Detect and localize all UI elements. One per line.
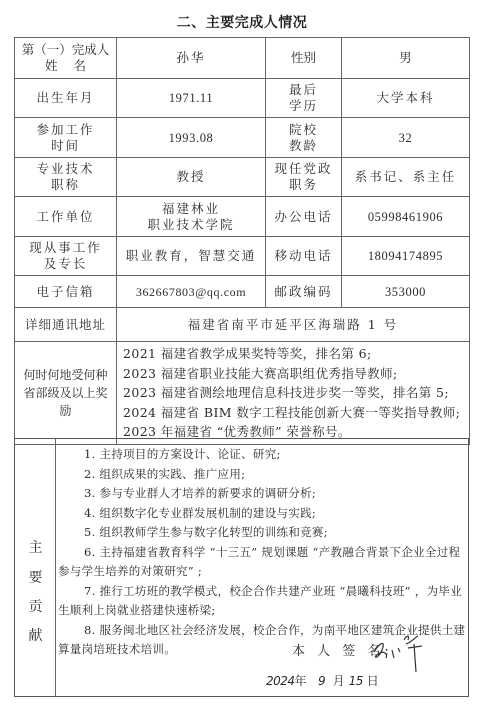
- row-name: 第（一）完成人 姓 名 孙华 性别 男: [15, 38, 470, 79]
- label-education: 最后 学历: [266, 79, 342, 118]
- value-birth: 1971.11: [117, 79, 266, 118]
- label-text: 现从事工作: [17, 240, 114, 256]
- award-item: 2023 福建省职业技能大赛高职组优秀指导教师;: [123, 364, 463, 384]
- label-office-phone: 办公电话: [266, 197, 342, 237]
- value-work-start: 1993.08: [117, 118, 266, 158]
- value-email: 362667803@qq.com: [117, 276, 266, 308]
- row-email: 电子信箱 362667803@qq.com 邮政编码 353000: [15, 276, 470, 308]
- handwritten-signature-icon: [370, 628, 430, 678]
- value-mobile-phone: 18094174895: [342, 237, 470, 276]
- date-day-unit: 日: [367, 674, 379, 688]
- label-email: 电子信箱: [15, 276, 117, 308]
- value-address: 福建省南平市延平区海瑞路 1 号: [117, 308, 470, 342]
- personal-info-table: 第（一）完成人 姓 名 孙华 性别 男 出生年月 1971.11 最后 学历 大…: [14, 37, 470, 445]
- value-office-phone: 05998461906: [342, 197, 470, 237]
- label-employer: 工作单位: [15, 197, 117, 237]
- label-work-start: 参加工作 时间: [15, 118, 117, 158]
- row-work-start: 参加工作 时间 1993.08 院校 教龄 32: [15, 118, 470, 158]
- value-text: 职业技术学院: [119, 217, 263, 233]
- date-year: 2024: [266, 674, 295, 688]
- label-text: 学历: [268, 98, 339, 114]
- contribution-item: 1. 主持项目的方案设计、论证、研究;: [56, 445, 464, 465]
- contributions-label: 主 要 贡 献: [15, 439, 56, 696]
- value-position: 系书记、系主任: [342, 158, 470, 197]
- label-text: 现任党政: [268, 161, 339, 177]
- value-text: 福建林业: [119, 201, 263, 217]
- contribution-item: 3. 参与专业群人才培养的新要求的调研分析;: [56, 484, 464, 504]
- label-char: 献: [15, 625, 56, 645]
- label-text: 参加工作: [17, 122, 114, 138]
- label-teaching-years: 院校 教龄: [266, 118, 342, 158]
- label-char: 要: [15, 567, 56, 587]
- label-position: 现任党政 职务: [266, 158, 342, 197]
- label-char: 贡: [15, 596, 56, 616]
- contribution-item-cont: 生顺利上岗就业搭建快速桥梁;: [56, 601, 464, 621]
- value-postal-code: 353000: [342, 276, 470, 308]
- value-specialty: 职业教育，智慧交通: [117, 237, 266, 276]
- row-awards: 何时何地受何种 省部级及以上奖 励 2021 福建省教学成果奖特等奖，排名第 6…: [15, 342, 470, 445]
- label-text: 何时何地受何种: [17, 366, 114, 384]
- contribution-item: 5. 组织教师学生参与数字化转型的训练和竞赛;: [56, 523, 464, 543]
- label-mobile-phone: 移动电话: [266, 237, 342, 276]
- date-month: 9: [318, 674, 325, 688]
- label-address: 详细通讯地址: [15, 308, 117, 342]
- label-text: 教龄: [268, 138, 339, 154]
- label-text: 职务: [268, 177, 339, 193]
- label-name: 第（一）完成人 姓 名: [15, 38, 117, 79]
- value-teaching-years: 32: [342, 118, 470, 158]
- label-text: 最后: [268, 82, 339, 98]
- contribution-item: 6. 主持福建省教育科学 “十三五” 规划课题 “产教融合背景下企业全过程: [56, 543, 464, 563]
- label-text: 第（一）完成人: [17, 42, 114, 58]
- row-title: 专业技术 职称 教授 现任党政 职务 系书记、系主任: [15, 158, 470, 197]
- contribution-item-cont: 参与学生培养的对策研究” ;: [56, 562, 464, 582]
- signature-date: 2024年 9 月 15 日: [266, 672, 379, 689]
- label-text: 省部级及以上奖: [17, 384, 114, 402]
- label-text: 专业技术: [17, 161, 114, 177]
- label-text: 励: [17, 402, 114, 420]
- contribution-item: 2. 组织成果的实践、推广应用;: [56, 465, 464, 485]
- award-item: 2024 福建省 BIM 数字工程技能创新大赛一等奖指导教师;: [123, 403, 463, 423]
- row-employer: 工作单位 福建林业 职业技术学院 办公电话 05998461906: [15, 197, 470, 237]
- value-employer: 福建林业 职业技术学院: [117, 197, 266, 237]
- value-name: 孙华: [117, 38, 266, 79]
- label-text: 职称: [17, 177, 114, 193]
- date-month-unit: 月: [333, 674, 345, 688]
- row-address: 详细通讯地址 福建省南平市延平区海瑞路 1 号: [15, 308, 470, 342]
- section-title: 二、主要完成人情况: [0, 12, 484, 32]
- label-text: 院校: [268, 122, 339, 138]
- awards-list: 2021 福建省教学成果奖特等奖，排名第 6; 2023 福建省职业技能大赛高职…: [117, 342, 470, 445]
- label-specialty: 现从事工作 及专长: [15, 237, 117, 276]
- label-awards: 何时何地受何种 省部级及以上奖 励: [15, 342, 117, 445]
- contribution-item: 4. 组织数字化专业群发展机制的建设与实践;: [56, 504, 464, 524]
- award-item: 2023 福建省测绘地理信息科技进步奖一等奖，排名第 5;: [123, 383, 463, 403]
- date-year-unit: 年: [295, 674, 307, 688]
- label-birth: 出生年月: [15, 79, 117, 118]
- value-professional-title: 教授: [117, 158, 266, 197]
- label-professional-title: 专业技术 职称: [15, 158, 117, 197]
- label-text: 时间: [17, 138, 114, 154]
- label-postal-code: 邮政编码: [266, 276, 342, 308]
- value-gender: 男: [342, 38, 470, 79]
- label-text: 及专长: [17, 256, 114, 272]
- label-text: 姓 名: [17, 58, 114, 74]
- label-char: 主: [15, 537, 56, 557]
- award-item: 2021 福建省教学成果奖特等奖，排名第 6;: [123, 344, 463, 364]
- value-education: 大学本科: [342, 79, 470, 118]
- date-day: 15: [349, 674, 363, 688]
- row-specialty: 现从事工作 及专长 职业教育，智慧交通 移动电话 18094174895: [15, 237, 470, 276]
- contribution-item: 7. 推行工坊班的教学模式，校企合作共建产业班 “晨曦科技班” ，为毕业: [56, 582, 464, 602]
- label-gender: 性别: [266, 38, 342, 79]
- row-birth: 出生年月 1971.11 最后 学历 大学本科: [15, 79, 470, 118]
